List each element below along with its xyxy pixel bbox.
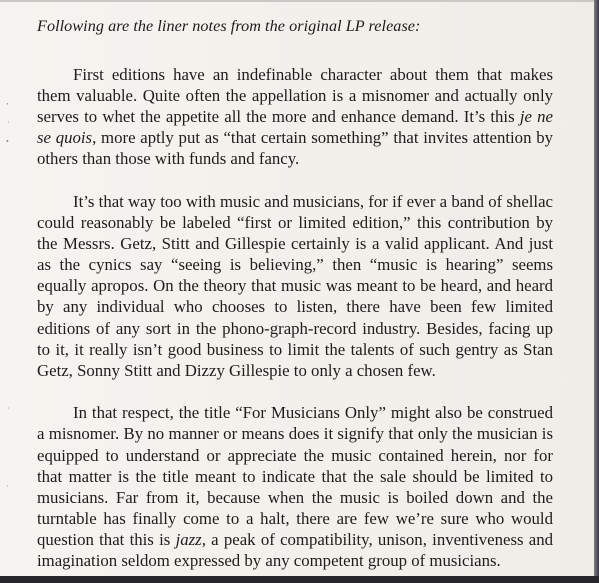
text-run: It’s that way too with music and musicia… xyxy=(37,192,553,380)
scan-speck: · xyxy=(7,404,10,413)
scan-bottom-edge xyxy=(0,576,599,583)
scan-right-edge xyxy=(594,0,599,583)
liner-notes-body: First editions have an indefinable chara… xyxy=(37,64,553,571)
liner-notes-page: Following are the liner notes from the o… xyxy=(0,0,595,576)
scan-speck: • xyxy=(6,137,9,146)
paragraph: First editions have an indefinable chara… xyxy=(37,64,553,169)
text-run: , more aptly put as “that certain someth… xyxy=(37,128,553,168)
text-run: In that respect, the title “For Musician… xyxy=(37,403,553,549)
paragraph: In that respect, the title “For Musician… xyxy=(37,402,553,571)
italic-phrase: jazz xyxy=(176,530,202,549)
paragraph: It’s that way too with music and musicia… xyxy=(37,191,553,381)
scan-speck: · xyxy=(7,118,10,127)
page-top-edge xyxy=(0,0,594,2)
text-run: First editions have an indefinable chara… xyxy=(37,65,553,126)
scan-speck: · xyxy=(6,482,9,491)
intro-line: Following are the liner notes from the o… xyxy=(37,17,420,36)
scan-speck: ‚ xyxy=(6,97,9,106)
